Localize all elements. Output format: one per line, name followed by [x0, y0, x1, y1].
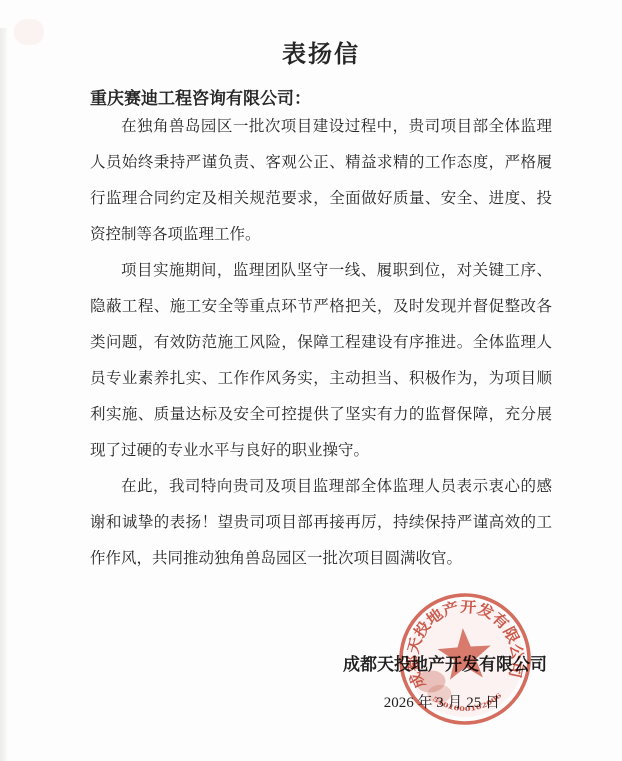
scan-smudge	[14, 19, 44, 45]
letter-body: 表扬信 重庆赛迪工程咨询有限公司： 在独角兽岛园区一批次项目建设过程中，贵司项目…	[90, 0, 552, 714]
commendation-letter-page: 表扬信 重庆赛迪工程咨询有限公司： 在独角兽岛园区一批次项目建设过程中，贵司项目…	[0, 0, 622, 761]
signature-company: 成都天投地产开发有限公司	[90, 655, 552, 675]
letter-paragraph-1: 在独角兽岛园区一批次项目建设过程中，贵司项目部全体监理人员始终秉持严谨负责、客观…	[90, 109, 552, 253]
letter-paragraph-3: 在此，我司特向贵司及项目监理部全体监理人员表示衷心的感谢和诚挚的表扬！望贵司项目…	[90, 469, 552, 577]
salutation-line: 重庆赛迪工程咨询有限公司：	[90, 89, 552, 109]
letter-paragraph-2: 项目实施期间，监理团队坚守一线、履职到位，对关键工序、隐蔽工程、施工安全等重点环…	[90, 253, 552, 469]
scan-edge-shadow	[0, 28, 7, 761]
signature-date: 2026 年 3 月 25 日	[90, 692, 552, 714]
letter-title: 表扬信	[90, 43, 552, 67]
